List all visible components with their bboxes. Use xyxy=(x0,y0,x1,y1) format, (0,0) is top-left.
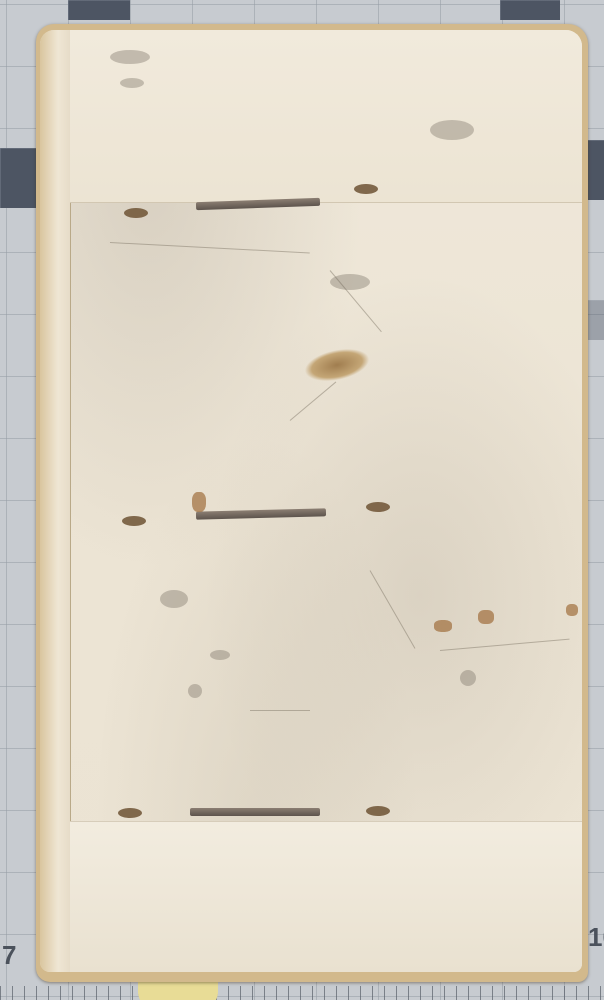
cover-crack xyxy=(110,242,310,253)
cover-crack xyxy=(440,639,570,651)
ruler-number-right: 10 xyxy=(588,922,604,953)
cover-stain xyxy=(188,684,202,698)
cover-stain xyxy=(430,120,474,140)
cover-stain xyxy=(160,590,188,608)
cover-crack xyxy=(290,382,337,421)
cover-damage xyxy=(192,492,206,512)
ruler-number-left: 7 xyxy=(2,940,16,971)
staple-hole xyxy=(118,808,142,818)
cover-bottom-band xyxy=(70,821,582,972)
booklet xyxy=(36,24,588,982)
staple-hole xyxy=(124,208,148,218)
cover-crack xyxy=(370,570,416,648)
staple-hole xyxy=(354,184,378,194)
staple-middle xyxy=(196,508,326,519)
staple-hole xyxy=(366,806,390,816)
cover-stain xyxy=(110,50,150,64)
booklet-cover xyxy=(40,30,582,972)
mat-dark-square xyxy=(68,0,130,20)
cover-stain xyxy=(210,650,230,660)
staple-hole xyxy=(366,502,390,512)
booklet-spine xyxy=(40,30,71,972)
cover-damage xyxy=(478,610,494,624)
ruler-ticks xyxy=(0,986,604,1000)
staple-lower xyxy=(190,808,320,816)
cover-stain xyxy=(120,78,144,88)
cover-crack xyxy=(250,710,310,711)
cover-tear xyxy=(302,343,373,386)
cover-stain xyxy=(460,670,476,686)
cover-damage xyxy=(434,620,452,632)
mat-dark-square xyxy=(0,148,36,208)
cover-damage xyxy=(566,604,578,616)
staple-hole xyxy=(122,516,146,526)
cover-stain xyxy=(330,274,370,290)
mat-dark-square xyxy=(500,0,560,20)
